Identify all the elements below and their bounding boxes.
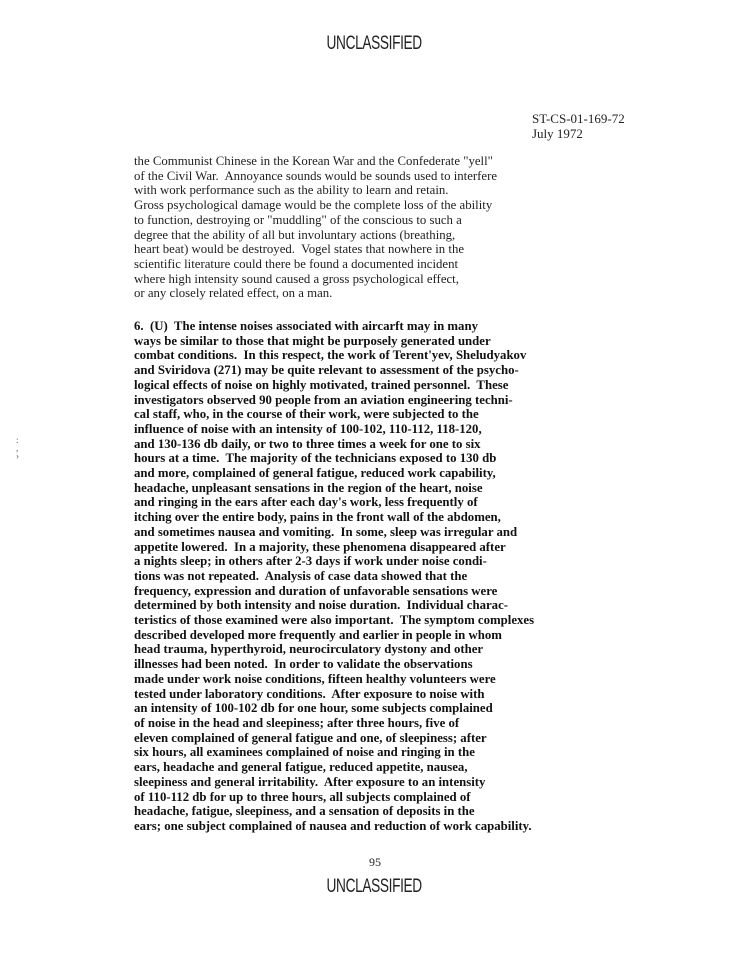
paragraph-continuation: the Communist Chinese in the Korean War … [134, 154, 694, 301]
text-line: illnesses had been noted. In order to va… [134, 657, 694, 672]
text-line: tested under laboratory conditions. Afte… [134, 687, 694, 702]
text-line: influence of noise with an intensity of … [134, 422, 694, 437]
document-info: ST-CS-01-169-72 July 1972 [532, 111, 625, 141]
text-line: degree that the ability of all but invol… [134, 228, 694, 243]
text-line: six hours, all examinees complained of n… [134, 745, 694, 760]
text-line: teristics of those examined were also im… [134, 613, 694, 628]
text-line: ways be similar to those that might be p… [134, 334, 694, 349]
text-line: Gross psychological damage would be the … [134, 198, 694, 213]
text-line: cal staff, who, in the course of their w… [134, 407, 694, 422]
text-line: sleepiness and general irritability. Aft… [134, 775, 694, 790]
text-line: made under work noise conditions, fiftee… [134, 672, 694, 687]
document-date: July 1972 [532, 126, 625, 141]
text-line: frequency, expression and duration of un… [134, 584, 694, 599]
text-line: scientific literature could there be fou… [134, 257, 694, 272]
text-line: a nights sleep; in others after 2-3 days… [134, 554, 694, 569]
text-line: and sometimes nausea and vomiting. In so… [134, 525, 694, 540]
text-line: an intensity of 100-102 db for one hour,… [134, 701, 694, 716]
text-line: where high intensity sound caused a gros… [134, 272, 694, 287]
text-line: and 130-136 db daily, or two to three ti… [134, 437, 694, 452]
classification-header: UNCLASSIFIED [104, 33, 644, 55]
text-line: itching over the entire body, pains in t… [134, 510, 694, 525]
text-line: appetite lowered. In a majority, these p… [134, 540, 694, 555]
text-line: head trauma, hyperthyroid, neurocirculat… [134, 642, 694, 657]
text-line: to function, destroying or "muddling" of… [134, 213, 694, 228]
text-line: and ringing in the ears after each day's… [134, 495, 694, 510]
text-line: and Sviridova (271) may be quite relevan… [134, 363, 694, 378]
text-line: combat conditions. In this respect, the … [134, 348, 694, 363]
text-line: of the Civil War. Annoyance sounds would… [134, 169, 694, 184]
text-line: of 110-112 db for up to three hours, all… [134, 790, 694, 805]
classification-footer: UNCLASSIFIED [104, 876, 644, 898]
text-line: 6. (U) The intense noises associated wit… [134, 319, 694, 334]
text-line: eleven complained of general fatigue and… [134, 731, 694, 746]
text-line: with work performance such as the abilit… [134, 183, 694, 198]
text-line: headache, fatigue, sleepiness, and a sen… [134, 804, 694, 819]
text-line: hours at a time. The majority of the tec… [134, 451, 694, 466]
page-number: 95 [0, 855, 750, 870]
paragraph-6: 6. (U) The intense noises associated wit… [134, 319, 694, 834]
margin-mark: :,› [16, 436, 19, 460]
text-line: described developed more frequently and … [134, 628, 694, 643]
text-line: of noise in the head and sleepiness; aft… [134, 716, 694, 731]
text-line: heart beat) would be destroyed. Vogel st… [134, 242, 694, 257]
text-line: and more, complained of general fatigue,… [134, 466, 694, 481]
text-line: tions was not repeated. Analysis of case… [134, 569, 694, 584]
text-line: investigators observed 90 people from an… [134, 393, 694, 408]
text-line: or any closely related effect, on a man. [134, 286, 694, 301]
document-number: ST-CS-01-169-72 [532, 111, 625, 126]
text-line: the Communist Chinese in the Korean War … [134, 154, 694, 169]
text-line: determined by both intensity and noise d… [134, 598, 694, 613]
text-line: ears, headache and general fatigue, redu… [134, 760, 694, 775]
text-line: logical effects of noise on highly motiv… [134, 378, 694, 393]
text-line: headache, unpleasant sensations in the r… [134, 481, 694, 496]
text-line: ears; one subject complained of nausea a… [134, 819, 694, 834]
